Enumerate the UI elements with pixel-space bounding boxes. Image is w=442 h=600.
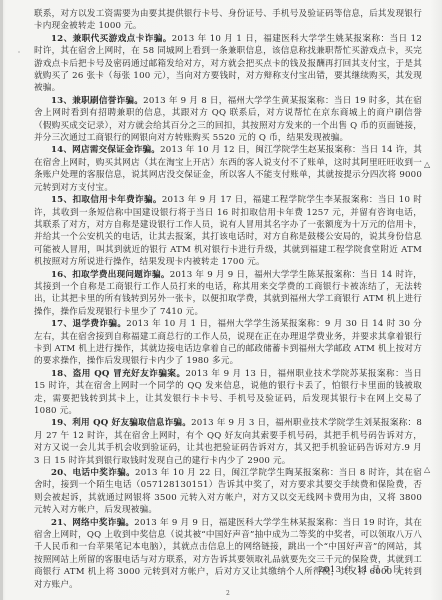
case-title: 16、扣取学费出现问题诈骗。 [51, 270, 170, 280]
case-17: 17、退学费诈骗。2013 年 10 月 1 日，福州大学学生汤某报案称：9 月… [34, 318, 422, 368]
case-12: 12、兼职代买游戏点卡诈骗。2013 年 10 月 1 日，福建医科大学学生姚某… [34, 33, 422, 95]
case-title: 18、盗用 QQ 冒充好友诈骗案。 [51, 369, 186, 379]
case-20: 20、电话中奖诈骗。2013 年 10 月 22 日，闽江学院学生陶某报案称：当… [34, 467, 422, 517]
case-body: 2013 年 9 月 17 日，福建工程学院学生李某报案称：当日 10 时许，其… [34, 195, 422, 267]
case-title: 15、扣取信用卡年费诈骗。 [51, 195, 162, 205]
case-21: 21、网络中奖诈骗。2013 年 9 月 9 日，福建医科大学学生林某报案称：当… [34, 517, 422, 591]
case-14: 14、网店需交保证金诈骗。2013 年 10 月 12 日，闽江学院学生赵某报案… [34, 144, 422, 194]
document-page: 联系，对方以发工资需要为由要其提供银行卡号、身份证号、手机号及验证码等信息，后其… [0, 0, 442, 600]
case-18: 18、盗用 QQ 冒充好友诈骗案。2013 年 9 月 13 日，福州职业技术学… [34, 368, 422, 418]
case-title: 12、兼职代买游戏点卡诈骗。 [51, 34, 172, 44]
case-title: 14、网店需交保证金诈骗。 [51, 145, 160, 155]
triangle-mark-icon: △ [424, 465, 430, 474]
document-body: 联系，对方以发工资需要为由要其提供银行卡号、身份证号、手机号及验证码等信息，后其… [34, 8, 422, 591]
case-19: 19、利用 QQ 好友骗取信息诈骗。2013 年 9 月 3 日，福州职业技术学… [34, 417, 422, 467]
case-16: 16、扣取学费出现问题诈骗。2013 年 9 月 9 日，福州大学学生陈某报案称… [34, 269, 422, 319]
case-13: 13、兼职刷信誉诈骗。2013 年 9 月 8 日，福州大学学生黄某报案称：当日… [34, 95, 422, 145]
case-body: 2013 年 9 月 9 日，福建医科大学学生林某报案称：当日 19 时许，其在… [34, 518, 422, 590]
case-15: 15、扣取信用卡年费诈骗。2013 年 9 月 17 日，福建工程学院学生李某报… [34, 194, 422, 268]
case-title: 20、电话中奖诈骗。 [51, 468, 135, 478]
scan-speck [18, 51, 20, 53]
case-title: 13、兼职刷信誉诈骗。 [51, 96, 143, 106]
document-date: 2013 年 11 月 7 日 [318, 563, 402, 575]
page-number: 2 [226, 590, 230, 597]
triangle-mark-icon: △ [424, 160, 430, 169]
case-title: 19、利用 QQ 好友骗取信息诈骗。 [51, 418, 191, 428]
scan-edge [0, 0, 3, 600]
case-title: 17、退学费诈骗。 [51, 319, 126, 329]
continuation-paragraph: 联系，对方以发工资需要为由要其提供银行卡号、身份证号、手机号及验证码等信息，后其… [34, 8, 422, 33]
case-title: 21、网络中奖诈骗。 [51, 518, 134, 528]
